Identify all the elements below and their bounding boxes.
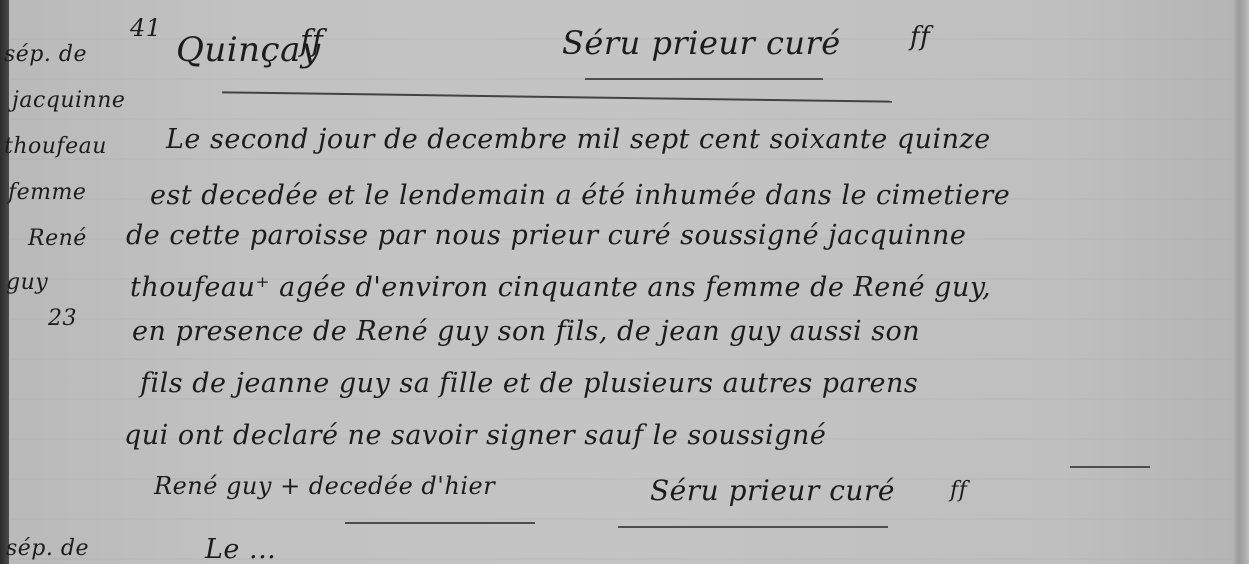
next-entry-margin: sép. de bbox=[6, 536, 89, 561]
signature-underline bbox=[585, 78, 823, 80]
footer-signature: Séru prieur curé bbox=[650, 474, 895, 507]
body-line: qui ont declaré ne savoir signer sauf le… bbox=[124, 420, 826, 451]
header-signature-flourish: ff bbox=[910, 22, 930, 52]
next-entry-start: Le ... bbox=[205, 534, 276, 564]
header-flourish: ff bbox=[300, 24, 323, 59]
margin-note-line: jacquinne bbox=[12, 88, 125, 113]
margin-note-line: René bbox=[28, 226, 87, 251]
margin-note-line: guy bbox=[6, 270, 48, 295]
body-line: thoufeau⁺ agée d'environ cinquante ans f… bbox=[130, 272, 991, 303]
header-number-mark: 41 bbox=[130, 14, 162, 42]
body-line: fils de jeanne guy sa fille et de plusie… bbox=[140, 368, 918, 399]
header-signature: Séru prieur curé bbox=[562, 24, 841, 62]
register-page: sép. de jacquinne thoufeau femme René gu… bbox=[0, 0, 1249, 564]
entry-number: 23 bbox=[48, 306, 77, 331]
footer-divider bbox=[345, 522, 535, 524]
header-place: Quinçay bbox=[176, 30, 321, 70]
header-underline bbox=[222, 91, 892, 102]
marginal-correction: René guy + decedée d'hier bbox=[154, 472, 495, 500]
footer-divider bbox=[618, 526, 888, 528]
margin-note-line: femme bbox=[8, 180, 86, 205]
line-filler-dash bbox=[1070, 466, 1150, 468]
margin-note-line: sép. de bbox=[4, 42, 87, 67]
footer-signature-flourish: ff bbox=[950, 478, 967, 503]
page-edge bbox=[1232, 0, 1249, 564]
body-line: est decedée et le lendemain a été inhumé… bbox=[150, 180, 1010, 211]
body-line: en presence de René guy son fils, de jea… bbox=[132, 316, 920, 347]
body-line: Le second jour de decembre mil sept cent… bbox=[166, 124, 991, 155]
body-line: de cette paroisse par nous prieur curé s… bbox=[126, 220, 966, 251]
margin-note-line: thoufeau bbox=[4, 134, 107, 159]
